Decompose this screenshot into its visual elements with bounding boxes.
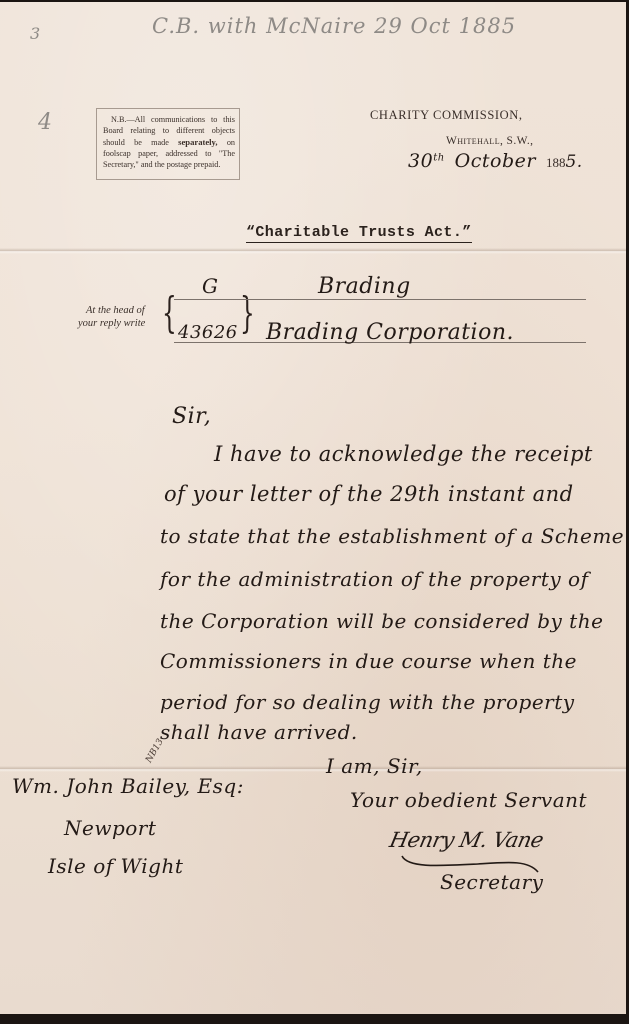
act-title: “Charitable Trusts Act.” bbox=[246, 224, 472, 243]
body-line-8: shall have arrived. bbox=[160, 720, 358, 744]
closing-line-2: Your obedient Servant bbox=[350, 788, 587, 812]
notice-box: N.B.—All communications to this Board re… bbox=[96, 108, 240, 180]
body-line-6: Commissioners in due course when the bbox=[160, 649, 577, 673]
date-year-written: 5. bbox=[565, 152, 582, 172]
recipient-name: Wm. John Bailey, Esq: bbox=[12, 774, 244, 798]
body-line-7: period for so dealing with the property bbox=[160, 690, 575, 714]
closing-line-1: I am, Sir, bbox=[326, 754, 423, 778]
fold-line-upper bbox=[0, 248, 626, 254]
signature: Henry M. Vane bbox=[387, 828, 545, 852]
notice-emphasis: separately, bbox=[178, 137, 217, 147]
organization-name: CHARITY COMMISSION, bbox=[370, 108, 523, 123]
salutation: Sir, bbox=[172, 404, 211, 429]
date-ordinal: th bbox=[433, 153, 444, 164]
reference-letter-code: G bbox=[202, 274, 218, 298]
body-line-1: I have to acknowledge the receipt bbox=[214, 442, 593, 466]
letter-page: 3 C.B. with McNaire 29 Oct 1885 4 NB13 N… bbox=[0, 2, 626, 1014]
reference-label-line2: your reply write bbox=[78, 318, 145, 329]
reference-number: 43626 bbox=[178, 322, 238, 343]
signatory-title: Secretary bbox=[440, 870, 543, 894]
fold-line-lower bbox=[0, 766, 626, 772]
pencil-corner-mark: 3 bbox=[30, 24, 40, 43]
body-line-3: to state that the establishment of a Sch… bbox=[160, 524, 624, 548]
reference-place: Brading bbox=[318, 274, 411, 299]
pencil-side-mark: 4 bbox=[38, 110, 52, 135]
date-year-printed: 188 bbox=[546, 155, 566, 170]
date-day: 30 bbox=[408, 150, 433, 172]
date-month: October bbox=[455, 150, 536, 172]
reference-rule-upper bbox=[174, 299, 586, 300]
reference-label-line1: At the head of bbox=[86, 305, 145, 316]
recipient-town: Newport bbox=[64, 816, 156, 840]
body-line-4: for the administration of the property o… bbox=[160, 567, 589, 591]
body-line-5: the Corporation will be considered by th… bbox=[160, 609, 603, 633]
recipient-region: Isle of Wight bbox=[48, 854, 183, 878]
body-line-2: of your letter of the 29th instant and bbox=[164, 482, 574, 506]
organization-address: Whitehall, S.W., bbox=[446, 135, 533, 147]
letter-date: 30th October 1885. bbox=[408, 150, 583, 172]
pencil-top-note: C.B. with McNaire 29 Oct 1885 bbox=[152, 14, 516, 38]
reference-subject: Brading Corporation. bbox=[266, 320, 514, 345]
